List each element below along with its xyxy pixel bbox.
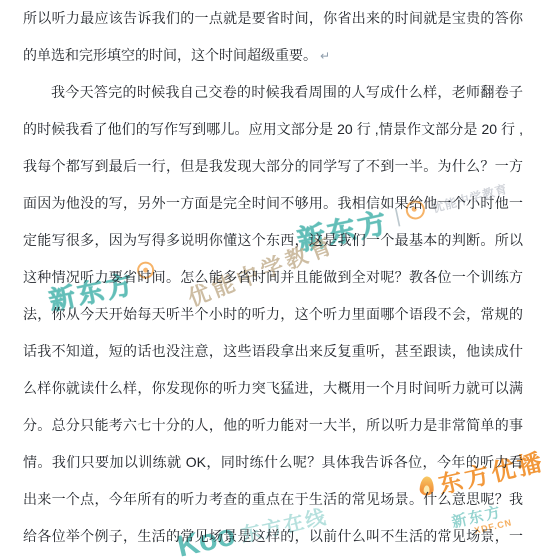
document-page: 新东方 | 新东方 优能中学教育 优能中学教育 东方优播 新东方 XDF.CN … bbox=[0, 0, 545, 557]
text-line-content: 情。我们只要加以训练就 OK，同时练什么呢？具体我告诉各位，今年的听力看 bbox=[23, 454, 523, 470]
text-line: 情。我们只要加以训练就 OK，同时练什么呢？具体我告诉各位，今年的听力看 bbox=[23, 444, 523, 481]
text-line-content: 面因为他没的写，另外一方面是完全时间不够用。我相信如果给他一个小时他一 bbox=[23, 195, 523, 211]
text-line: 面因为他没的写，另外一方面是完全时间不够用。我相信如果给他一个小时他一 bbox=[23, 185, 523, 222]
text-line: 这种情况听力要省时间。怎么能多省时间并且能做到全对呢？教各位一个训练方 bbox=[23, 259, 523, 296]
text-line-content: 的单选和完形填空的时间，这个时间超级重要。 bbox=[23, 47, 317, 63]
text-line: 所以听力最应该告诉我们的一点就是要省时间，你省出来的时间就是宝贵的答你 bbox=[23, 0, 523, 37]
text-line: 我今天答完的时候我自己交卷的时候我看周围的人写成什么样，老师翻卷子 bbox=[23, 74, 523, 111]
text-line: 分。总分只能考六七十分的人，他的听力能对一大半，所以听力是非常简单的事 bbox=[23, 407, 523, 444]
text-line-content: 定能写很多，因为写得多说明你懂这个东西，这是我们一个最基本的判断。所以 bbox=[23, 232, 523, 248]
text-line: 的单选和完形填空的时间，这个时间超级重要。↵ bbox=[23, 37, 523, 74]
text-line-content: 法，你从今天开始每天听半个小时的听力，这个听力里面哪个语段不会，常规的 bbox=[23, 306, 523, 322]
text-lines: 所以听力最应该告诉我们的一点就是要省时间，你省出来的时间就是宝贵的答你的单选和完… bbox=[23, 0, 523, 555]
paragraph-return-mark: ↵ bbox=[317, 49, 330, 63]
text-line-content: 这种情况听力要省时间。怎么能多省时间并且能做到全对呢？教各位一个训练方 bbox=[23, 269, 523, 285]
text-line-content: 么样你就读什么样，你发现你的听力突飞猛进，大概用一个月时间听力就可以满 bbox=[23, 380, 523, 396]
text-line-content: 分。总分只能考六七十分的人，他的听力能对一大半，所以听力是非常简单的事 bbox=[23, 417, 523, 433]
text-line-content: 我今天答完的时候我自己交卷的时候我看周围的人写成什么样，老师翻卷子 bbox=[51, 84, 523, 100]
text-line-content: 出来一个点，今年所有的听力考查的重点在于生活的常见场景。什么意思呢？我 bbox=[23, 491, 523, 507]
text-line: 话我不知道，短的话也没注意，这些语段拿出来反复重听，甚至跟读，他读成什 bbox=[23, 333, 523, 370]
text-line: 定能写很多，因为写得多说明你懂这个东西，这是我们一个最基本的判断。所以 bbox=[23, 222, 523, 259]
text-line: 给各位举个例子，生活的常见场景是这样的，以前什么叫不生活的常见场景，一 bbox=[23, 518, 523, 555]
text-line-content: 给各位举个例子，生活的常见场景是这样的，以前什么叫不生活的常见场景，一 bbox=[23, 528, 523, 544]
text-line: 么样你就读什么样，你发现你的听力突飞猛进，大概用一个月时间听力就可以满 bbox=[23, 370, 523, 407]
text-line: 出来一个点，今年所有的听力考查的重点在于生活的常见场景。什么意思呢？我 bbox=[23, 481, 523, 518]
text-line-content: 所以听力最应该告诉我们的一点就是要省时间，你省出来的时间就是宝贵的答你 bbox=[23, 10, 523, 26]
text-line-content: 话我不知道，短的话也没注意，这些语段拿出来反复重听，甚至跟读，他读成什 bbox=[23, 343, 523, 359]
text-line: 的时候我看了他们的写作写到哪儿。应用文部分是 20 行 ,情景作文部分是 20 … bbox=[23, 111, 523, 148]
text-line-content: 的时候我看了他们的写作写到哪儿。应用文部分是 20 行 ,情景作文部分是 20 … bbox=[23, 121, 523, 137]
text-line: 我每个都写到最后一行，但是我发现大部分的同学写了不到一半。为什么？一方 bbox=[23, 148, 523, 185]
text-line: 法，你从今天开始每天听半个小时的听力，这个听力里面哪个语段不会，常规的 bbox=[23, 296, 523, 333]
text-line-content: 我每个都写到最后一行，但是我发现大部分的同学写了不到一半。为什么？一方 bbox=[23, 158, 523, 174]
